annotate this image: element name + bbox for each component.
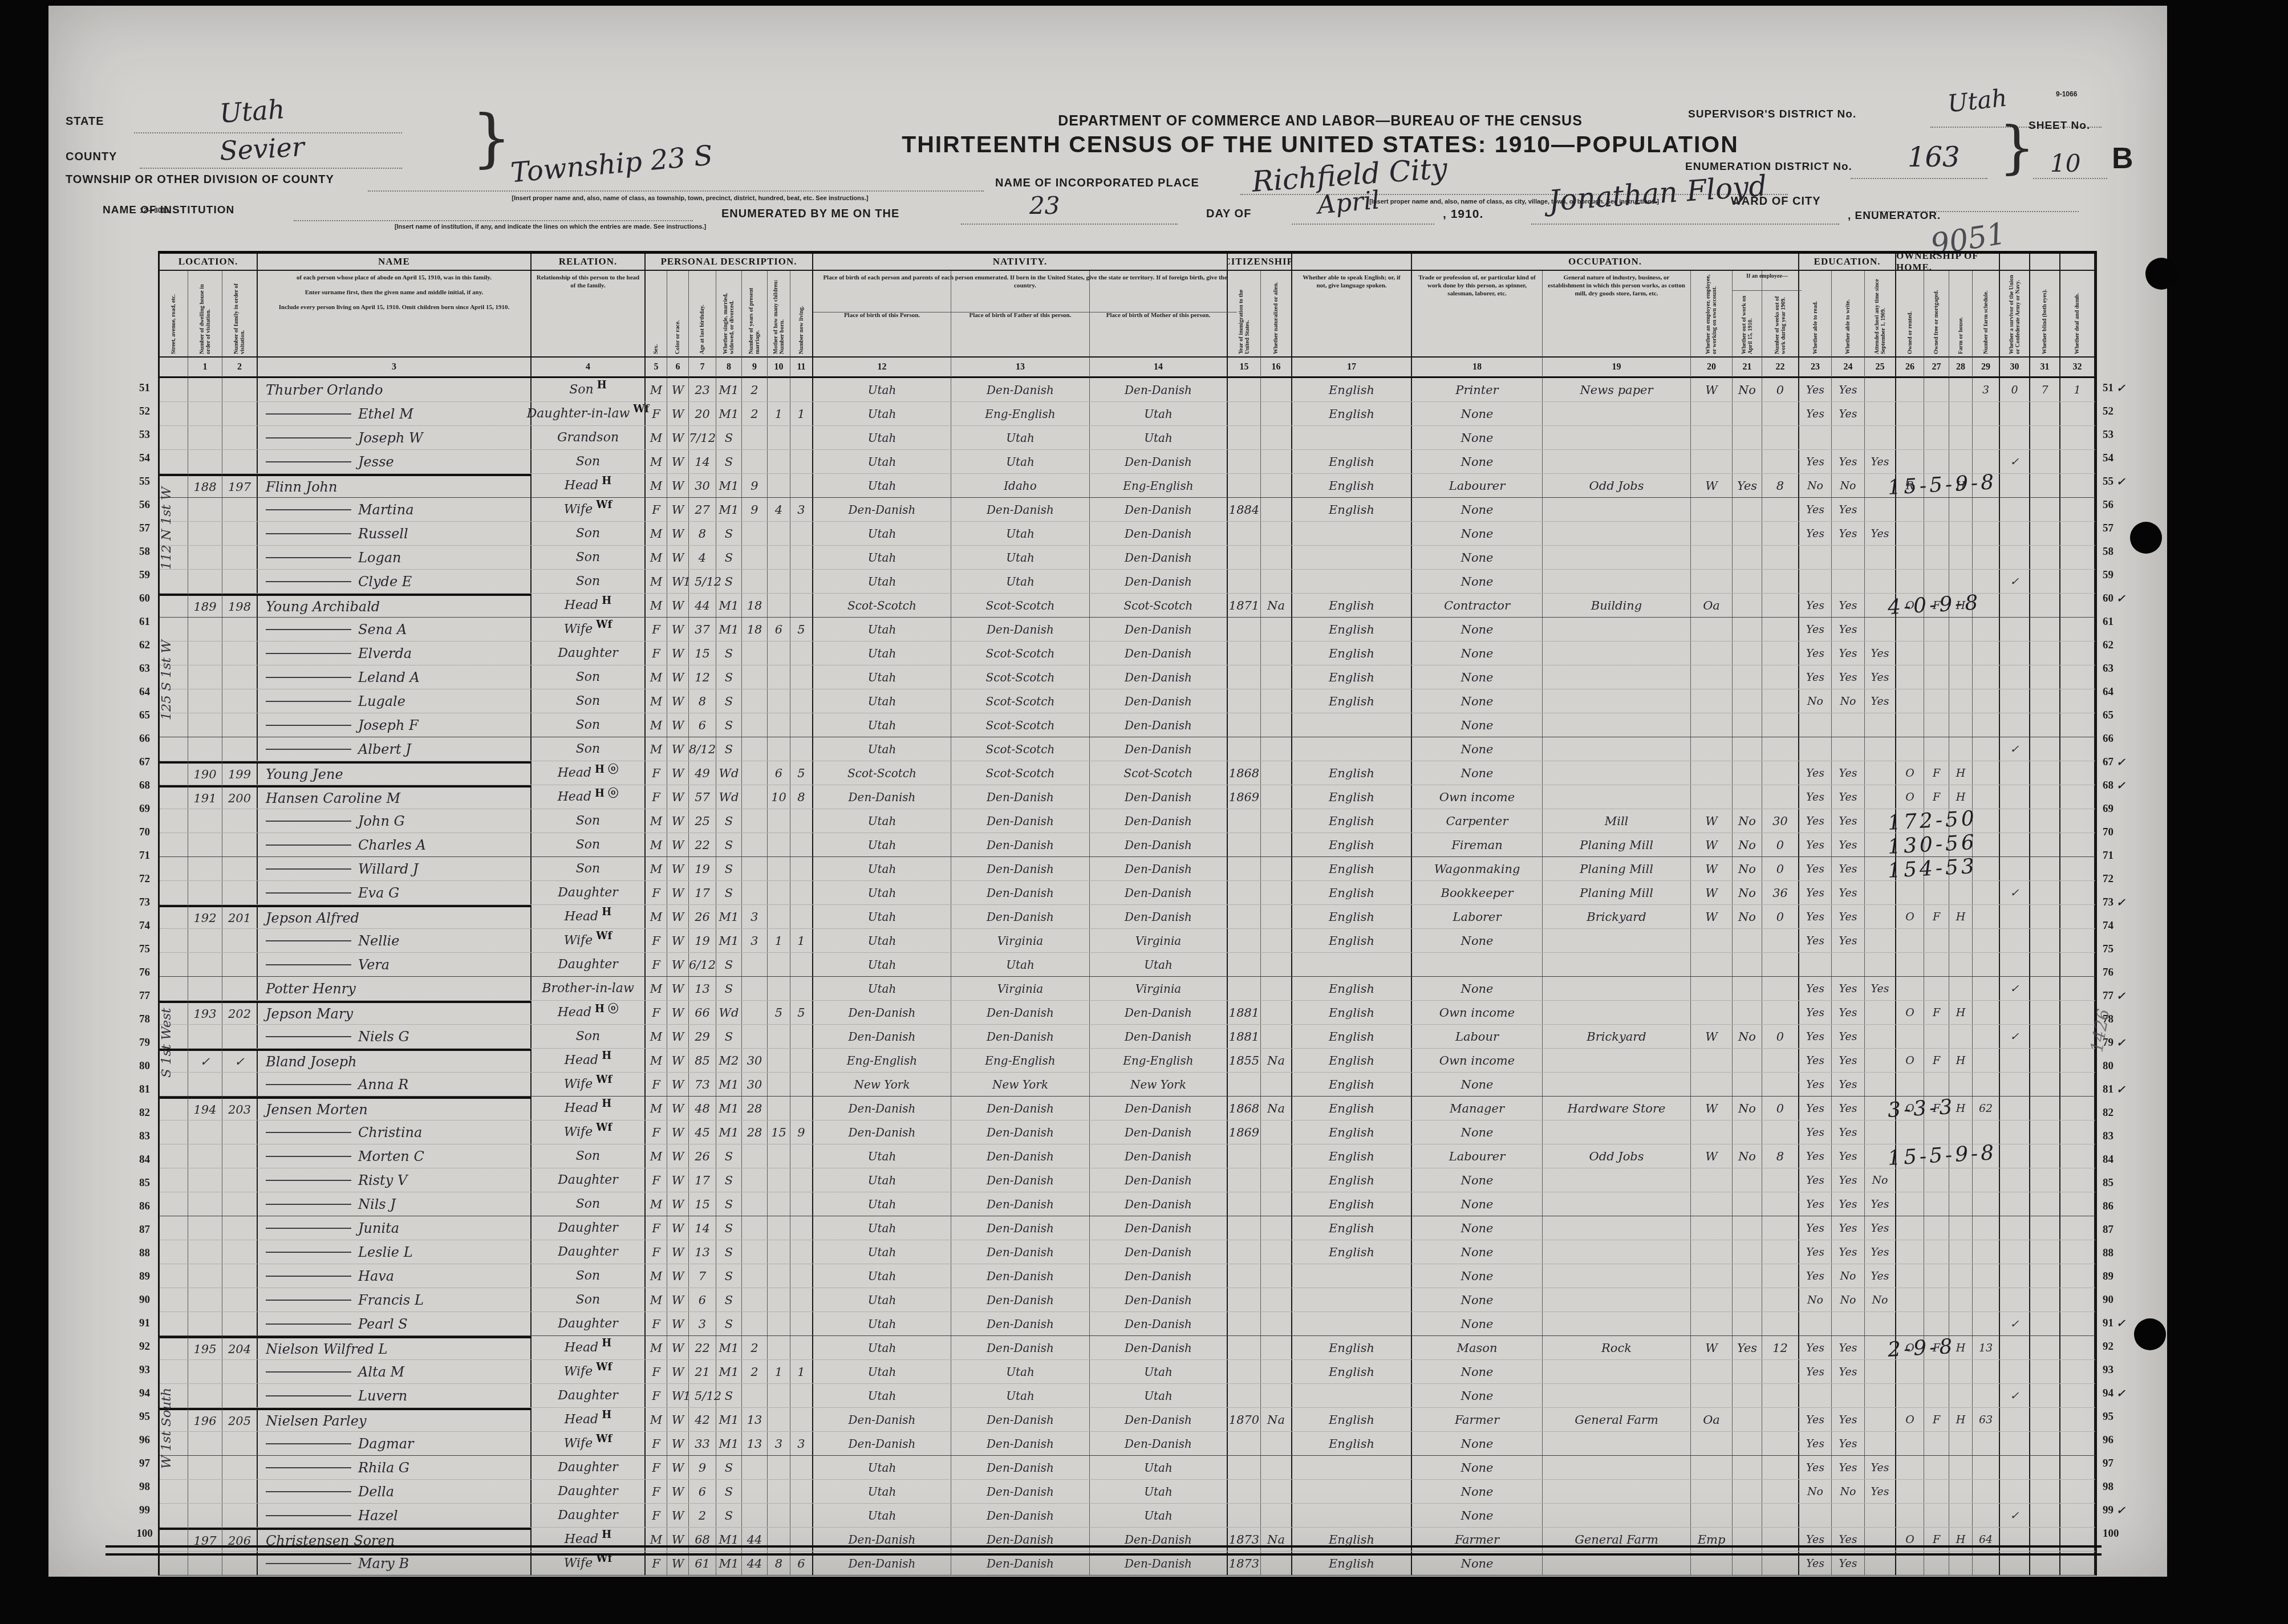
cell-text: 64 bbox=[1979, 1533, 1993, 1546]
cell-text: 21 bbox=[695, 1365, 710, 1379]
dept-line: DEPARTMENT OF COMMERCE AND LABOR—BUREAU … bbox=[835, 113, 1805, 129]
cell-ind-59 bbox=[1543, 570, 1691, 593]
cell-rd-95: Yes bbox=[1799, 1432, 1832, 1455]
cell-cb-80 bbox=[768, 1073, 790, 1096]
line-number-left: 97 bbox=[131, 1452, 158, 1475]
cell-yrs-58 bbox=[742, 546, 768, 569]
cell-sex-88: M bbox=[646, 1264, 667, 1288]
cell-col-94: W bbox=[667, 1408, 689, 1431]
household-check-mark: ✓ bbox=[2116, 1083, 2125, 1096]
column-desc-text: Relationship of this person to the head … bbox=[532, 271, 644, 294]
employee-note: If an employee— bbox=[1733, 271, 1802, 291]
cell-yrs-54 bbox=[742, 450, 768, 473]
cell-text: Yes bbox=[1839, 935, 1857, 947]
cell-wks-89 bbox=[1762, 1288, 1799, 1312]
name-text: Thurber Orlando bbox=[266, 382, 383, 398]
cell-rel-54: Son bbox=[532, 450, 646, 473]
cell-pom-59: Den-Danish bbox=[1090, 570, 1228, 593]
cell-text: 2 bbox=[751, 1365, 758, 1379]
cell-imm-96 bbox=[1228, 1456, 1261, 1479]
cell-fh-85 bbox=[1949, 1192, 1973, 1216]
cell-occ-96: None bbox=[1412, 1456, 1543, 1479]
cell-fam-81: 203 bbox=[222, 1097, 258, 1120]
cell-text: Yes bbox=[1839, 1461, 1857, 1474]
relation-text: Head bbox=[565, 1053, 598, 1067]
cell-text: M1 bbox=[719, 479, 739, 493]
cell-wks-84 bbox=[1762, 1168, 1799, 1192]
cell-sex-70: M bbox=[646, 833, 667, 856]
ditto-mark bbox=[266, 940, 351, 941]
cell-c31-51: 7 bbox=[2030, 378, 2060, 401]
cell-pom-74: Virginia bbox=[1090, 929, 1228, 952]
cell-pof-65: Scot-Scotch bbox=[951, 713, 1090, 737]
column-number: 10 bbox=[768, 356, 790, 378]
cell-lang-83: English bbox=[1292, 1144, 1412, 1168]
cell-sex-62: F bbox=[646, 642, 667, 665]
cell-occ-82: None bbox=[1412, 1120, 1543, 1144]
cell-natz-70 bbox=[1261, 833, 1292, 856]
cell-sch-83 bbox=[1865, 1144, 1896, 1168]
cell-text: W bbox=[672, 575, 684, 588]
cell-out-84 bbox=[1733, 1168, 1762, 1192]
cell-text: Utah bbox=[868, 1389, 896, 1403]
line-number-right: 80 bbox=[2099, 1054, 2144, 1078]
cell-text: Den-Danish bbox=[1125, 910, 1192, 924]
cell-age-77: 66 bbox=[689, 1001, 716, 1024]
cell-own-75 bbox=[1896, 953, 1924, 976]
cell-text: F bbox=[652, 623, 660, 636]
relation-text: Son bbox=[576, 718, 601, 732]
cell-text: Yes bbox=[1871, 695, 1889, 708]
relation-check-mark: H ⓞ bbox=[595, 1001, 618, 1016]
cell-text: Eng-English bbox=[1123, 1054, 1193, 1067]
cell-fh-75 bbox=[1949, 953, 1973, 976]
cell-text: 203 bbox=[228, 1103, 251, 1116]
cell-occ-70: Fireman bbox=[1412, 833, 1543, 856]
cell-wks-80 bbox=[1762, 1073, 1799, 1096]
cell-col-87: W bbox=[667, 1240, 689, 1264]
cell-text: 1 bbox=[797, 1365, 805, 1379]
relation-text: Head bbox=[565, 910, 598, 924]
cell-rd-59 bbox=[1799, 570, 1832, 593]
cell-cl-65 bbox=[790, 713, 813, 737]
cell-dw-91: 195 bbox=[188, 1336, 222, 1359]
cell-text: English bbox=[1329, 1365, 1374, 1379]
cell-text: W bbox=[672, 671, 684, 684]
cell-emp-87 bbox=[1691, 1240, 1733, 1264]
cell-text: 0 bbox=[2011, 384, 2018, 396]
cell-own-94: O bbox=[1896, 1408, 1924, 1431]
cell-pob-98: Utah bbox=[813, 1504, 951, 1527]
cell-text: Den-Danish bbox=[1125, 886, 1192, 900]
cell-cl-93 bbox=[790, 1384, 813, 1407]
cell-natz-93 bbox=[1261, 1384, 1292, 1407]
cell-wr-88: No bbox=[1832, 1264, 1865, 1288]
cell-imm-95 bbox=[1228, 1432, 1261, 1455]
cell-rel-83: Son bbox=[532, 1144, 646, 1168]
cell-wr-93 bbox=[1832, 1384, 1865, 1407]
cell-cb-90 bbox=[768, 1312, 790, 1335]
cell-natz-73 bbox=[1261, 905, 1292, 928]
cell-text: 0 bbox=[1776, 1102, 1784, 1115]
cell-occ-54: None bbox=[1412, 450, 1543, 473]
cell-age-81: 48 bbox=[689, 1097, 716, 1120]
cell-text: Den-Danish bbox=[849, 790, 916, 804]
cell-text: H bbox=[1956, 791, 1966, 803]
cell-sched-95 bbox=[1973, 1432, 2000, 1455]
cell-c31-57 bbox=[2030, 522, 2060, 545]
cell-c30-56 bbox=[2000, 498, 2030, 521]
cell-text: Utah bbox=[868, 958, 896, 972]
line-number-right: 86 bbox=[2099, 1195, 2144, 1218]
cell-occ-73: Laborer bbox=[1412, 905, 1543, 928]
cell-c31-58 bbox=[2030, 546, 2060, 569]
cell-age-64: 8 bbox=[689, 689, 716, 713]
cell-cl-91 bbox=[790, 1336, 813, 1359]
cell-text: M bbox=[650, 383, 663, 397]
line-number-left: 85 bbox=[131, 1171, 158, 1195]
cell-own-98 bbox=[1896, 1504, 1924, 1527]
cell-pob-51: Utah bbox=[813, 378, 951, 401]
cell-text: Utah bbox=[1006, 551, 1035, 565]
cell-own-97 bbox=[1896, 1480, 1924, 1503]
cell-ind-51: News paper bbox=[1543, 378, 1691, 401]
cell-text: Yes bbox=[1806, 1126, 1824, 1139]
census-row-67: 190199Young JeneHeadH ⓞFW49Wd65Scot-Scot… bbox=[160, 761, 2095, 785]
cell-name-56: Martina bbox=[258, 498, 532, 521]
cell-sch-70 bbox=[1865, 833, 1896, 856]
cell-text: Yes bbox=[1839, 1557, 1857, 1570]
line-number-left: 55 bbox=[131, 470, 158, 493]
cell-col-74: W bbox=[667, 929, 689, 952]
cell-text: None bbox=[1461, 671, 1494, 684]
cell-text: S bbox=[725, 695, 733, 708]
cell-cb-97 bbox=[768, 1480, 790, 1503]
household-check-mark: ✓ bbox=[2116, 1387, 2125, 1400]
relation-check-mark: H bbox=[602, 475, 611, 487]
cell-sex-73: M bbox=[646, 905, 667, 928]
census-row-90: Pearl SDaughterFW3SUtahDen-DanishDen-Dan… bbox=[160, 1312, 2095, 1336]
cell-dw-97 bbox=[188, 1480, 222, 1503]
name-text: Bland Joseph bbox=[266, 1054, 356, 1070]
name-text: Anna R bbox=[358, 1077, 408, 1093]
line-number-left: 80 bbox=[131, 1054, 158, 1078]
cell-text: English bbox=[1329, 407, 1374, 421]
line-number-left: 75 bbox=[131, 937, 158, 961]
cell-age-52: 20 bbox=[689, 402, 716, 425]
cell-c32-68 bbox=[2060, 785, 2095, 809]
cell-c32-76 bbox=[2060, 977, 2095, 1000]
cell-emp-75 bbox=[1691, 953, 1733, 976]
cell-wks-52 bbox=[1762, 402, 1799, 425]
relation-text: Wife bbox=[564, 933, 593, 948]
line-number-left: 98 bbox=[131, 1475, 158, 1499]
cell-text: 44 bbox=[747, 1533, 762, 1546]
cell-fam-75 bbox=[222, 953, 258, 976]
cell-rd-97: No bbox=[1799, 1480, 1832, 1503]
cell-ff-59 bbox=[1924, 570, 1949, 593]
cell-sched-71 bbox=[1973, 857, 2000, 880]
cell-dw-63 bbox=[188, 665, 222, 689]
census-row-89: Francis LSonMW6SUtahDen-DanishDen-Danish… bbox=[160, 1288, 2095, 1312]
cell-wr-69: Yes bbox=[1832, 809, 1865, 833]
cell-text: 0 bbox=[1776, 910, 1784, 924]
cell-text: Utah bbox=[868, 1197, 896, 1211]
cell-out-60 bbox=[1733, 594, 1762, 617]
cell-c31-97 bbox=[2030, 1480, 2060, 1503]
cell-ff-75 bbox=[1924, 953, 1949, 976]
cell-wks-60 bbox=[1762, 594, 1799, 617]
cell-cb-85 bbox=[768, 1192, 790, 1216]
cell-yrs-75 bbox=[742, 953, 768, 976]
cell-age-53: 7/12 bbox=[689, 426, 716, 449]
cell-text: Wd bbox=[719, 790, 739, 804]
line-number-right: 62 bbox=[2099, 634, 2144, 657]
cell-pof-53: Utah bbox=[951, 426, 1090, 449]
cell-c32-86 bbox=[2060, 1216, 2095, 1240]
cell-wr-87: Yes bbox=[1832, 1240, 1865, 1264]
cell-occ-85: None bbox=[1412, 1192, 1543, 1216]
cell-out-51: No bbox=[1733, 378, 1762, 401]
cell-text: Labourer bbox=[1449, 1150, 1506, 1163]
cell-text: 1 bbox=[797, 934, 805, 948]
cell-out-58 bbox=[1733, 546, 1762, 569]
cell-pob-81: Den-Danish bbox=[813, 1097, 951, 1120]
cell-text: 30 bbox=[1772, 814, 1788, 828]
cell-yrs-72 bbox=[742, 881, 768, 904]
cell-mar-72: S bbox=[716, 881, 742, 904]
column-desc-occ: Trade or profession of, or particular ki… bbox=[1412, 271, 1543, 356]
cell-sched-58 bbox=[1973, 546, 2000, 569]
cell-emp-77 bbox=[1691, 1001, 1733, 1024]
household-check-mark: ✓ bbox=[2116, 779, 2125, 792]
cell-cb-68: 10 bbox=[768, 785, 790, 809]
cell-fam-80 bbox=[222, 1073, 258, 1096]
cell-text: English bbox=[1329, 982, 1374, 996]
ditto-mark bbox=[266, 749, 351, 750]
cell-text: M bbox=[650, 814, 663, 828]
column-number: 13 bbox=[951, 356, 1090, 378]
cell-text: W bbox=[672, 766, 684, 780]
cell-text: 5 bbox=[797, 1006, 805, 1020]
cell-lang-82: English bbox=[1292, 1120, 1412, 1144]
cell-emp-78: W bbox=[1691, 1025, 1733, 1048]
cell-text: 1881 bbox=[1229, 1006, 1259, 1020]
cell-age-60: 44 bbox=[689, 594, 716, 617]
cell-wks-65 bbox=[1762, 713, 1799, 737]
cell-out-89 bbox=[1733, 1288, 1762, 1312]
cell-ff-69 bbox=[1924, 809, 1949, 833]
column-desc-text: General nature of industry, business, or… bbox=[1543, 271, 1690, 301]
cell-ind-88 bbox=[1543, 1264, 1691, 1288]
cell-pom-77: Den-Danish bbox=[1090, 1001, 1228, 1024]
household-check-mark: ✓ bbox=[2116, 476, 2125, 488]
cell-text: Yes bbox=[1839, 623, 1857, 636]
cell-text: Den-Danish bbox=[987, 1174, 1054, 1187]
cell-imm-65 bbox=[1228, 713, 1261, 737]
cell-rel-59: Son bbox=[532, 570, 646, 593]
ditto-mark bbox=[266, 1204, 351, 1205]
cell-text: Utah bbox=[868, 1509, 896, 1522]
cell-sex-84: F bbox=[646, 1168, 667, 1192]
cell-pom-76: Virginia bbox=[1090, 977, 1228, 1000]
column-number: 8 bbox=[716, 356, 742, 378]
cell-rel-74: WifeWf bbox=[532, 929, 646, 952]
cell-text: English bbox=[1329, 1150, 1374, 1163]
cell-lang-57 bbox=[1292, 522, 1412, 545]
cell-text: Na bbox=[1267, 1102, 1285, 1115]
cell-occ-68: Own income bbox=[1412, 785, 1543, 809]
cell-name-67: Young Jene bbox=[258, 761, 532, 785]
ditto-mark bbox=[266, 1180, 351, 1181]
place-label: NAME OF INCORPORATED PLACE bbox=[995, 177, 1199, 190]
cell-text: Utah bbox=[868, 1485, 896, 1499]
cell-text: 42 bbox=[695, 1413, 710, 1427]
cell-pof-70: Den-Danish bbox=[951, 833, 1090, 856]
cell-own-57 bbox=[1896, 522, 1924, 545]
cell-text: W bbox=[672, 527, 684, 541]
cell-fam-71 bbox=[222, 857, 258, 880]
cell-text: W bbox=[1705, 814, 1718, 828]
cell-lang-77: English bbox=[1292, 1001, 1412, 1024]
cell-text: F bbox=[652, 1461, 660, 1475]
cell-natz-98 bbox=[1261, 1504, 1292, 1527]
cell-natz-63 bbox=[1261, 665, 1292, 689]
cell-rd-76: Yes bbox=[1799, 977, 1832, 1000]
cell-imm-81: 1868 bbox=[1228, 1097, 1261, 1120]
ditto-mark bbox=[266, 1228, 351, 1229]
cell-sch-69 bbox=[1865, 809, 1896, 833]
census-row-54: JesseSonMW14SUtahUtahDen-DanishEnglishNo… bbox=[160, 450, 2095, 474]
cell-fam-60: 198 bbox=[222, 594, 258, 617]
cell-pof-56: Den-Danish bbox=[951, 498, 1090, 521]
line-number-right: 90 bbox=[2099, 1288, 2144, 1312]
cell-occ-97: None bbox=[1412, 1480, 1543, 1503]
relation-text: Wife bbox=[564, 1125, 593, 1139]
cell-cb-71 bbox=[768, 857, 790, 880]
cell-text: English bbox=[1329, 1174, 1374, 1187]
cell-sched-60 bbox=[1973, 594, 2000, 617]
cell-cl-82: 9 bbox=[790, 1120, 813, 1144]
dayof-label: DAY OF bbox=[1206, 208, 1251, 221]
cell-ff-86 bbox=[1924, 1216, 1949, 1240]
cell-text: None bbox=[1461, 1269, 1494, 1283]
line-number-left: 95 bbox=[131, 1405, 158, 1428]
cell-rd-87: Yes bbox=[1799, 1240, 1832, 1264]
cell-pob-80: New York bbox=[813, 1073, 951, 1096]
cell-cb-70 bbox=[768, 833, 790, 856]
column-desc-text: of each person whose place of abode on A… bbox=[258, 271, 530, 286]
cell-fam-58 bbox=[222, 546, 258, 569]
cell-sch-71 bbox=[1865, 857, 1896, 880]
cell-emp-85 bbox=[1691, 1192, 1733, 1216]
cell-text: Den-Danish bbox=[987, 1317, 1054, 1331]
cell-sch-91 bbox=[1865, 1336, 1896, 1359]
cell-ff-90 bbox=[1924, 1312, 1949, 1335]
cell-own-70 bbox=[1896, 833, 1924, 856]
cell-age-78: 29 bbox=[689, 1025, 716, 1048]
ditto-mark bbox=[266, 1084, 351, 1085]
sheet-letter: B bbox=[2112, 141, 2134, 176]
cell-wks-59 bbox=[1762, 570, 1799, 593]
cell-text: S bbox=[725, 886, 733, 900]
cell-text: Den-Danish bbox=[1125, 718, 1192, 732]
cell-text: None bbox=[1461, 982, 1494, 996]
line-number-left: 96 bbox=[131, 1428, 158, 1452]
cell-c31-75 bbox=[2030, 953, 2060, 976]
relation-text: Head bbox=[558, 790, 591, 804]
cell-pof-51: Den-Danish bbox=[951, 378, 1090, 401]
cell-rel-56: WifeWf bbox=[532, 498, 646, 521]
cell-text: Mason bbox=[1457, 1341, 1498, 1355]
cell-c32-53 bbox=[2060, 426, 2095, 449]
census-row-95: DagmarWifeWfFW33M11333Den-DanishDen-Dani… bbox=[160, 1432, 2095, 1456]
cell-ind-86 bbox=[1543, 1216, 1691, 1240]
census-row-53: Joseph WGrandsonMW7/12SUtahUtahUtahNone bbox=[160, 426, 2095, 450]
cell-text: Yes bbox=[1839, 839, 1857, 851]
street-name-vertical: 112 N 1st W bbox=[159, 470, 188, 587]
cell-text: Den-Danish bbox=[987, 1413, 1054, 1427]
cell-c31-93 bbox=[2030, 1384, 2060, 1407]
cell-occ-77: Own income bbox=[1412, 1001, 1543, 1024]
cell-dw-52 bbox=[188, 402, 222, 425]
cell-yrs-84 bbox=[742, 1168, 768, 1192]
cell-text: H bbox=[1956, 1533, 1966, 1546]
line-number-right: 85 bbox=[2099, 1171, 2144, 1195]
cell-col-78: W bbox=[667, 1025, 689, 1048]
column-desc-cb: Mother of how many children: Number born… bbox=[768, 271, 790, 356]
cell-text: Den-Danish bbox=[1125, 1150, 1192, 1163]
cell-mar-92: M1 bbox=[716, 1360, 742, 1383]
county-label: COUNTY bbox=[66, 151, 117, 164]
cell-text: Den-Danish bbox=[987, 1557, 1054, 1570]
cell-wks-81: 0 bbox=[1762, 1097, 1799, 1120]
cell-text: M bbox=[650, 1293, 663, 1307]
cell-mar-63: S bbox=[716, 665, 742, 689]
cell-c30-55 bbox=[2000, 474, 2030, 497]
cell-sched-80 bbox=[1973, 1073, 2000, 1096]
cell-natz-53 bbox=[1261, 426, 1292, 449]
cell-sex-56: F bbox=[646, 498, 667, 521]
cell-wks-94 bbox=[1762, 1408, 1799, 1431]
cell-text: W bbox=[1705, 1150, 1718, 1163]
cell-ind-55: Odd Jobs bbox=[1543, 474, 1691, 497]
cell-text: Hardware Store bbox=[1568, 1102, 1666, 1115]
cell-wr-83: Yes bbox=[1832, 1144, 1865, 1168]
cell-emp-81: W bbox=[1691, 1097, 1733, 1120]
cell-mar-91: M1 bbox=[716, 1336, 742, 1359]
cell-text: W bbox=[672, 479, 684, 493]
cell-mar-51: M1 bbox=[716, 378, 742, 401]
census-row-65: Joseph FSonMW6SUtahScot-ScotchDen-Danish… bbox=[160, 713, 2095, 737]
cell-name-58: Logan bbox=[258, 546, 532, 569]
cell-text: Den-Danish bbox=[849, 1557, 916, 1570]
cell-ff-73: F bbox=[1924, 905, 1949, 928]
cell-text: English bbox=[1329, 623, 1374, 636]
cell-rel-52: Daughter-in-lawWf bbox=[532, 402, 646, 425]
cell-text: No bbox=[1738, 862, 1756, 876]
cell-rd-82: Yes bbox=[1799, 1120, 1832, 1144]
cell-text: W bbox=[672, 1341, 684, 1355]
cell-sex-95: F bbox=[646, 1432, 667, 1455]
cell-age-55: 30 bbox=[689, 474, 716, 497]
cell-natz-62 bbox=[1261, 642, 1292, 665]
line-number-left: 76 bbox=[131, 961, 158, 984]
cell-ind-83: Odd Jobs bbox=[1543, 1144, 1691, 1168]
cell-text: Yes bbox=[1839, 1006, 1857, 1019]
cell-col-86: W bbox=[667, 1216, 689, 1240]
column-desc-emp: Whether an employer, employee, or workin… bbox=[1691, 271, 1733, 356]
